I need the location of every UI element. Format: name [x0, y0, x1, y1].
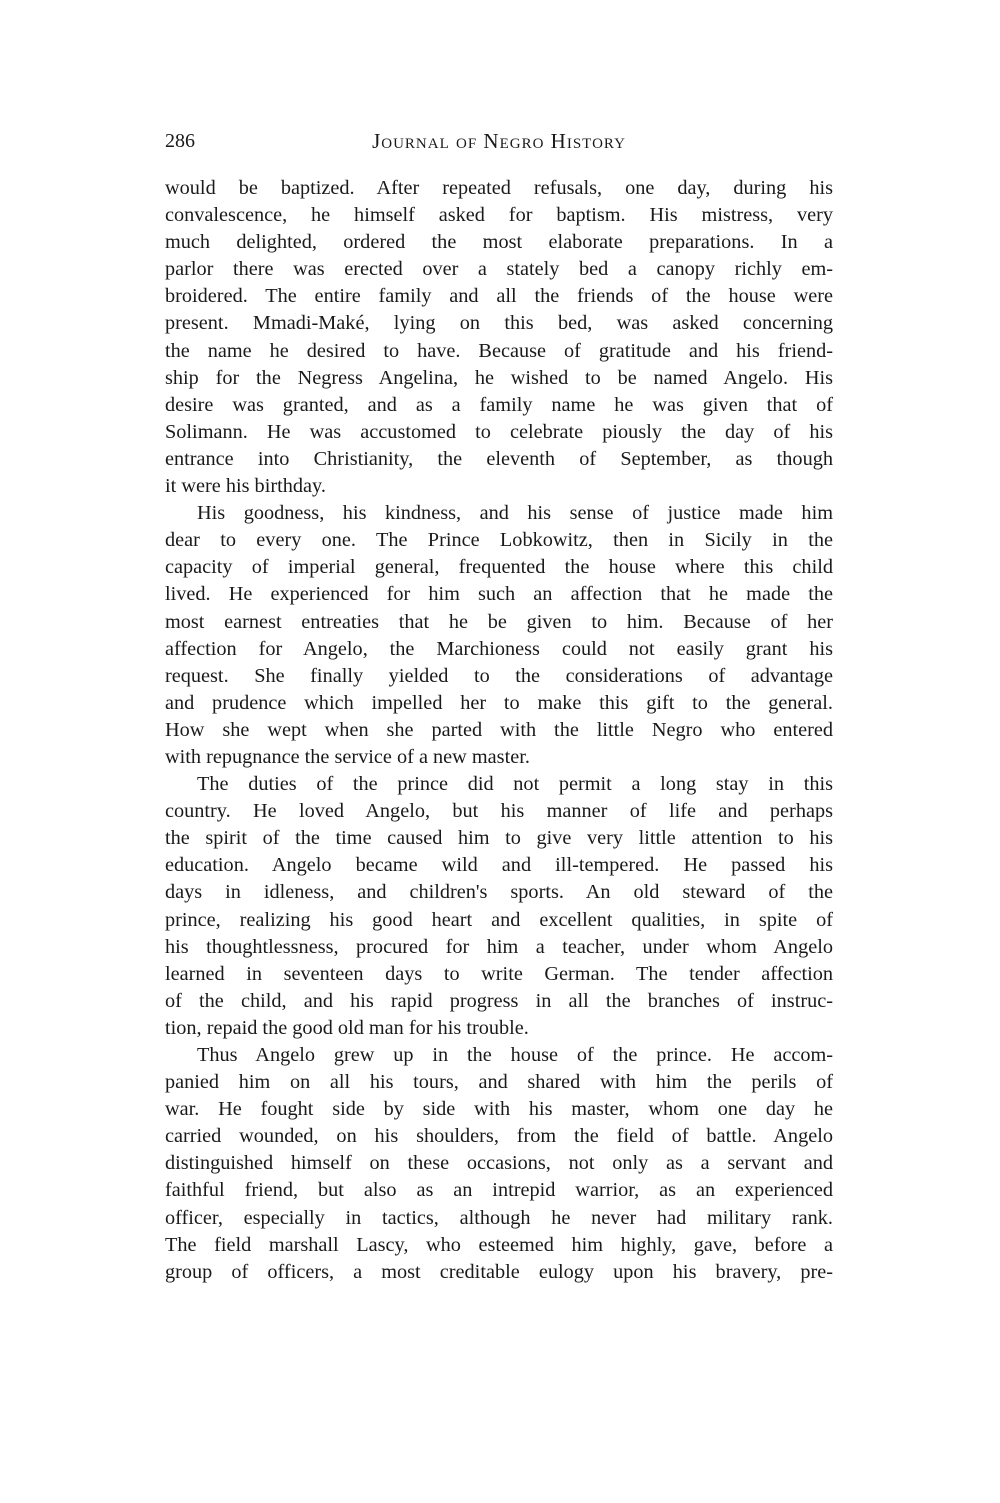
paragraph: The duties of the prince did not permit … [165, 771, 833, 1042]
text-line: would be baptized. After repeated refusa… [165, 175, 833, 202]
text-line: of the child, and his rapid progress in … [165, 988, 833, 1015]
text-line: affection for Angelo, the Marchioness co… [165, 636, 833, 663]
text-line: ship for the Negress Angelina, he wished… [165, 365, 833, 392]
text-line: much delighted, ordered the most elabora… [165, 229, 833, 256]
text-line: days in idleness, and children's sports.… [165, 879, 833, 906]
text-line: officer, especially in tactics, although… [165, 1205, 833, 1232]
text-line: present. Mmadi-Maké, lying on this bed, … [165, 310, 833, 337]
running-head: 286 Journal of Negro History [165, 126, 833, 156]
text-line: lived. He experienced for him such an af… [165, 581, 833, 608]
text-line: education. Angelo became wild and ill-te… [165, 852, 833, 879]
text-line: the spirit of the time caused him to giv… [165, 825, 833, 852]
paragraph: would be baptized. After repeated refusa… [165, 175, 833, 500]
text-line: The duties of the prince did not permit … [165, 771, 833, 798]
text-line: the name he desired to have. Because of … [165, 338, 833, 365]
paragraph: His goodness, his kindness, and his sens… [165, 500, 833, 771]
text-line: with repugnance the service of a new mas… [165, 744, 833, 771]
text-line: dear to every one. The Prince Lobkowitz,… [165, 527, 833, 554]
text-line: broidered. The entire family and all the… [165, 283, 833, 310]
body-text: would be baptized. After repeated refusa… [165, 175, 833, 1286]
text-line: learned in seventeen days to write Germa… [165, 961, 833, 988]
text-line: desire was granted, and as a family name… [165, 392, 833, 419]
text-line: faithful friend, but also as an intrepid… [165, 1177, 833, 1204]
text-line: The field marshall Lascy, who esteemed h… [165, 1232, 833, 1259]
document-page: 286 Journal of Negro History would be ba… [165, 126, 833, 1286]
text-line: country. He loved Angelo, but his manner… [165, 798, 833, 825]
text-line: it were his birthday. [165, 473, 833, 500]
text-line: group of officers, a most creditable eul… [165, 1259, 833, 1286]
text-line: convalescence, he himself asked for bapt… [165, 202, 833, 229]
text-line: and prudence which impelled her to make … [165, 690, 833, 717]
text-line: distinguished himself on these occasions… [165, 1150, 833, 1177]
text-line: Solimann. He was accustomed to celebrate… [165, 419, 833, 446]
text-line: entrance into Christianity, the eleventh… [165, 446, 833, 473]
journal-title: Journal of Negro History [165, 126, 833, 156]
text-line: capacity of imperial general, frequented… [165, 554, 833, 581]
text-line: request. She finally yielded to the cons… [165, 663, 833, 690]
text-line: carried wounded, on his shoulders, from … [165, 1123, 833, 1150]
text-line: Thus Angelo grew up in the house of the … [165, 1042, 833, 1069]
paragraph: Thus Angelo grew up in the house of the … [165, 1042, 833, 1286]
text-line: panied him on all his tours, and shared … [165, 1069, 833, 1096]
text-line: tion, repaid the good old man for his tr… [165, 1015, 833, 1042]
text-line: his thoughtlessness, procured for him a … [165, 934, 833, 961]
text-line: parlor there was erected over a stately … [165, 256, 833, 283]
text-line: war. He fought side by side with his mas… [165, 1096, 833, 1123]
text-line: How she wept when she parted with the li… [165, 717, 833, 744]
text-line: prince, realizing his good heart and exc… [165, 907, 833, 934]
text-line: His goodness, his kindness, and his sens… [165, 500, 833, 527]
text-line: most earnest entreaties that he be given… [165, 609, 833, 636]
